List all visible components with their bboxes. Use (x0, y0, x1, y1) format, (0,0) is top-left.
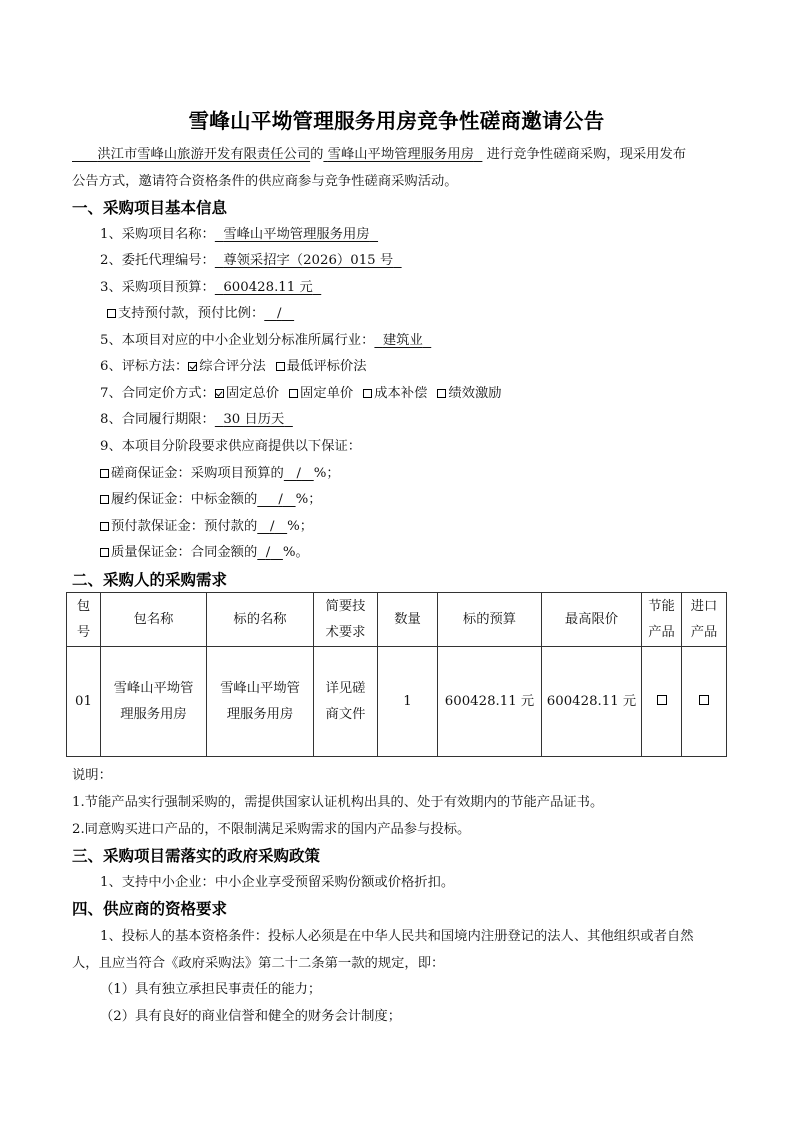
header-imported: 进口产品 (682, 593, 727, 647)
qualification-line-2: 人，且应当符合《政府采购法》第二十二条第一款的规定，即： (72, 956, 444, 972)
item-agency-number: 2、委托代理编号： 尊领采招字（2026）015 号 (100, 253, 402, 269)
project-name-value: 雪峰山平坳管理服务用房 (223, 227, 369, 242)
item-industry: 5、本项目对应的中小企业划分标准所属行业： 建筑业 (100, 333, 431, 349)
fixed-total-price-checkbox[interactable] (215, 389, 224, 398)
policy-sme-support: 1、支持中小企业：中小企业享受预留采购份额或价格折扣。 (100, 875, 454, 891)
imported-checkbox[interactable] (699, 695, 709, 705)
note-1: 1.节能产品实行强制采购的，需提供国家认证机构出具的、处于有效期内的节能产品证书… (72, 795, 603, 811)
item-pricing-method: 7、合同定价方式：固定总价固定单价成本补偿绩效激励 (100, 386, 502, 402)
item-advance-payment: 支持预付款，预付比例： / (107, 306, 294, 322)
performance-incentive-checkbox[interactable] (437, 389, 446, 398)
item-contract-term: 8、合同履行期限： 30 日历天 (100, 412, 293, 428)
header-quantity: 数量 (378, 593, 438, 647)
intro-line-1: 洪江市雪峰山旅游开发有限责任公司的 雪峰山平坳管理服务用房 进行竞争性磋商采购，… (72, 147, 686, 163)
fixed-unit-price-checkbox[interactable] (289, 389, 298, 398)
consultation-guarantee-checkbox[interactable] (100, 469, 109, 478)
guarantee-consultation: 磋商保证金：采购项目预算的 / %； (100, 466, 340, 482)
cell-package-no: 01 (67, 647, 101, 757)
cell-package-name: 雪峰山平坳管理服务用房 (101, 647, 207, 757)
item-guarantees: 9、本项目分阶段要求供应商提供以下保证： (100, 439, 361, 455)
item-budget: 3、采购项目预算： 600428.11 元 (100, 280, 321, 296)
guarantee-performance: 履约保证金：中标金额的 / %； (100, 492, 322, 508)
cell-quantity: 1 (378, 647, 438, 757)
lowest-price-checkbox[interactable] (276, 362, 285, 371)
section-1-heading: 一、采购项目基本信息 (72, 199, 227, 217)
qualification-sub-2: （2）具有良好的商业信誉和健全的财务会计制度； (100, 1009, 401, 1025)
document-title: 雪峰山平坳管理服务用房竞争性磋商邀请公告 (0, 104, 793, 134)
budget-value: 600428.11 元 (223, 280, 312, 295)
header-tech-requirements: 简要技术要求 (314, 593, 378, 647)
industry-value: 建筑业 (383, 333, 423, 348)
cell-tech-requirements: 详见磋商文件 (314, 647, 378, 757)
contract-term-value: 30 日历天 (223, 412, 284, 427)
header-package-no: 包号 (67, 593, 101, 647)
table-row: 01 雪峰山平坳管理服务用房 雪峰山平坳管理服务用房 详见磋商文件 1 6004… (67, 647, 727, 757)
header-item-budget: 标的预算 (438, 593, 542, 647)
cell-item-budget: 600428.11 元 (438, 647, 542, 757)
cell-item-name: 雪峰山平坳管理服务用房 (207, 647, 314, 757)
note-2: 2.同意购买进口产品的，不限制满足采购需求的国内产品参与投标。 (72, 822, 470, 838)
guarantee-quality: 质量保证金：合同金额的 / %。 (100, 545, 309, 561)
item-evaluation-method: 6、评标方法：综合评分法最低评标价法 (100, 359, 367, 375)
cost-compensation-checkbox[interactable] (363, 389, 372, 398)
document-page: 雪峰山平坳管理服务用房竞争性磋商邀请公告 洪江市雪峰山旅游开发有限责任公司的 雪… (0, 0, 793, 1122)
header-energy-saving: 节能产品 (642, 593, 682, 647)
notes-title: 说明： (72, 768, 112, 784)
intro-project-name: 雪峰山平坳管理服务用房 (328, 147, 474, 162)
section-2-heading: 二、采购人的采购需求 (72, 571, 227, 589)
header-package-name: 包名称 (101, 593, 207, 647)
cell-imported (682, 647, 727, 757)
guarantee-advance-payment: 预付款保证金：预付款的 / %； (100, 519, 313, 535)
purchaser-name: 洪江市雪峰山旅游开发有限责任公司 (97, 147, 310, 162)
header-max-price: 最高限价 (542, 593, 642, 647)
section-3-heading: 三、采购项目需落实的政府采购政策 (72, 847, 320, 865)
energy-saving-checkbox[interactable] (657, 695, 667, 705)
cell-energy-saving (642, 647, 682, 757)
table-header-row: 包号 包名称 标的名称 简要技术要求 数量 标的预算 最高限价 节能产品 进口产… (67, 593, 727, 647)
item-project-name: 1、采购项目名称： 雪峰山平坳管理服务用房 (100, 227, 378, 243)
performance-guarantee-checkbox[interactable] (100, 495, 109, 504)
advance-payment-checkbox[interactable] (107, 309, 116, 318)
header-item-name: 标的名称 (207, 593, 314, 647)
quality-guarantee-checkbox[interactable] (100, 548, 109, 557)
comprehensive-scoring-checkbox[interactable] (188, 362, 197, 371)
cell-max-price: 600428.11 元 (542, 647, 642, 757)
intro-line-2: 公告方式，邀请符合资格条件的供应商参与竞争性磋商采购活动。 (72, 174, 458, 190)
requirements-table: 包号 包名称 标的名称 简要技术要求 数量 标的预算 最高限价 节能产品 进口产… (66, 592, 727, 757)
agency-number-value: 尊领采招字（2026）015 号 (223, 253, 393, 268)
section-4-heading: 四、供应商的资格要求 (72, 900, 227, 918)
qualification-sub-1: （1）具有独立承担民事责任的能力； (100, 982, 321, 998)
qualification-line-1: 1、投标人的基本资格条件：投标人必须是在中华人民共和国境内注册登记的法人、其他组… (100, 929, 694, 945)
advance-payment-guarantee-checkbox[interactable] (100, 522, 109, 531)
